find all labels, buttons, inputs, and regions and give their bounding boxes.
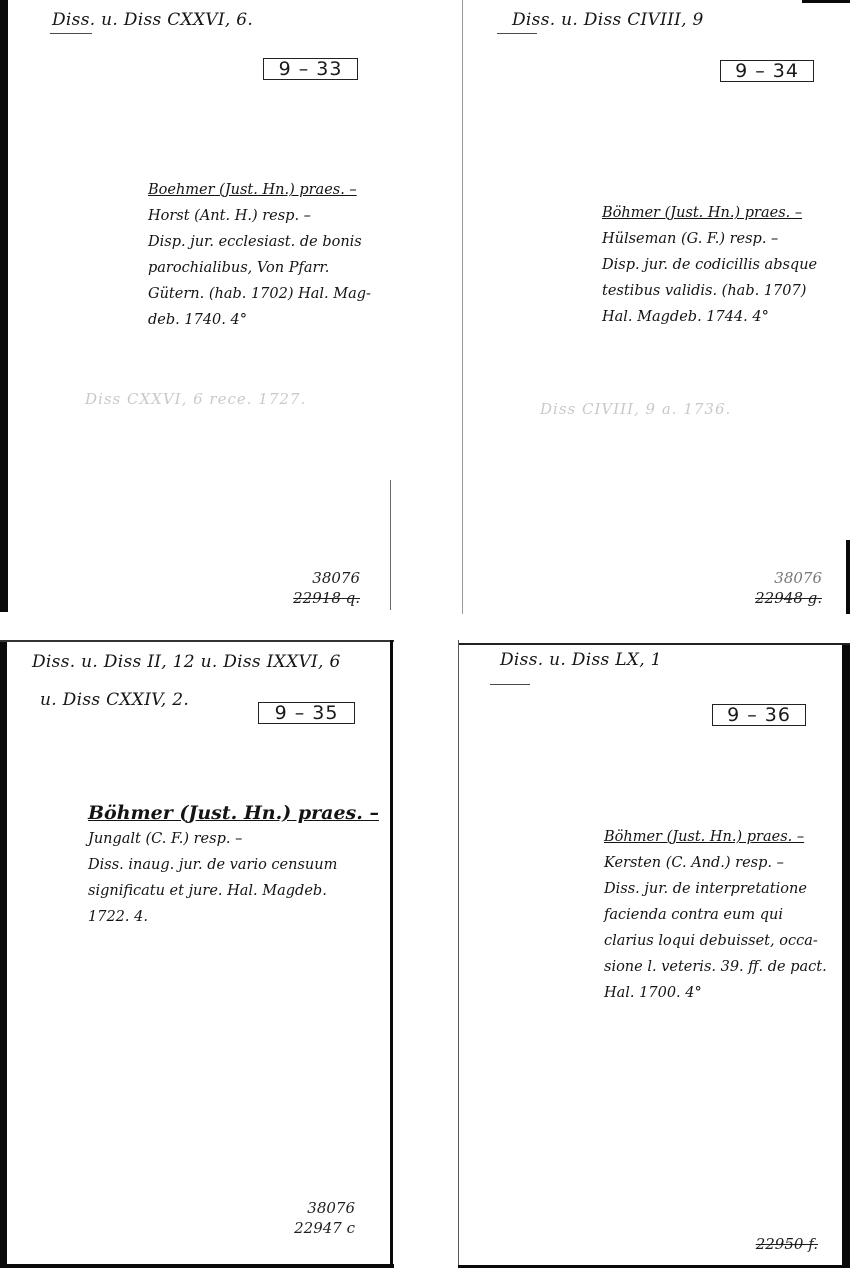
shelfmark: Diss. u. Diss LX, 1	[500, 650, 662, 670]
card-left-edge	[462, 0, 463, 614]
entry-line: Hal. Magdeb. 1744. 4°	[602, 304, 817, 330]
entry-line: Disp. jur. de codicillis absque	[602, 252, 817, 278]
shelfmark-underline	[490, 684, 530, 685]
entry-line: significatu et jure. Hal. Magdeb.	[88, 878, 379, 904]
accession-numbers: 22950 f.	[738, 1234, 818, 1254]
entry-line: Böhmer (Just. Hn.) praes. –	[88, 800, 379, 826]
call-number-box: 9 – 36	[712, 704, 806, 726]
accession-numbers: 38076 22948 g.	[742, 568, 822, 608]
accession-number: 38076	[742, 568, 822, 588]
card-right-edge	[842, 645, 850, 1268]
accession-number: 38076	[275, 1198, 355, 1218]
catalog-card-9-35: Diss. u. Diss II, 12 u. Diss IXXVI, 6 u.…	[0, 640, 394, 1268]
card-right-edge	[846, 540, 850, 614]
catalog-entry: Boehmer (Just. Hn.) praes. – Horst (Ant.…	[148, 177, 371, 333]
entry-line: Hal. 1700. 4°	[604, 980, 827, 1006]
entry-line: Böhmer (Just. Hn.) praes. –	[604, 824, 827, 850]
entry-line: 1722. 4.	[88, 904, 379, 930]
shelfmark: Diss. u. Diss CXXVI, 6.	[52, 10, 253, 30]
pencil-note: Diss CIVIII, 9 a. 1736.	[540, 400, 731, 418]
catalog-entry: Böhmer (Just. Hn.) praes. – Jungalt (C. …	[88, 800, 379, 930]
shelfmark-underline	[497, 33, 537, 34]
entry-line: Jungalt (C. F.) resp. –	[88, 826, 379, 852]
catalog-card-9-36: Diss. u. Diss LX, 1 9 – 36 Böhmer (Just.…	[458, 640, 850, 1268]
catalog-entry: Böhmer (Just. Hn.) praes. – Hülseman (G.…	[602, 200, 817, 330]
entry-line: Hülseman (G. F.) resp. –	[602, 226, 817, 252]
card-left-edge	[458, 640, 459, 1268]
shelfmark-line-1: Diss. u. Diss II, 12 u. Diss IXXVI, 6	[32, 652, 341, 672]
card-left-edge	[0, 0, 8, 612]
entry-line: Böhmer (Just. Hn.) praes. –	[602, 200, 817, 226]
card-right-edge	[390, 640, 393, 1268]
card-bottom-edge	[0, 1264, 394, 1268]
card-left-edge	[0, 640, 7, 1268]
call-number-box: 9 – 34	[720, 60, 814, 82]
card-top-right-edge	[802, 0, 850, 3]
pencil-note: Diss CXXVI, 6 rece. 1727.	[85, 390, 306, 408]
entry-line: parochialibus, Von Pfarr.	[148, 255, 371, 281]
catalog-entry: Böhmer (Just. Hn.) praes. – Kersten (C. …	[604, 824, 827, 1006]
old-accession-number: 22947 c	[275, 1218, 355, 1238]
entry-line: sione l. veteris. 39. ff. de pact.	[604, 954, 827, 980]
entry-line: Diss. jur. de interpretatione	[604, 876, 827, 902]
call-number-box: 9 – 33	[263, 58, 358, 80]
entry-line: clarius loqui debuisset, occa-	[604, 928, 827, 954]
card-right-edge	[390, 480, 391, 610]
entry-line: Gütern. (hab. 1702) Hal. Mag-	[148, 281, 371, 307]
accession-number: 38076	[290, 568, 360, 588]
shelfmark: Diss. u. Diss CIVIII, 9	[512, 10, 704, 30]
old-accession-number: 22950 f.	[738, 1234, 818, 1254]
shelfmark-underline	[50, 33, 92, 34]
call-number-box: 9 – 35	[258, 702, 355, 724]
catalog-card-9-33: Diss. u. Diss CXXVI, 6. 9 – 33 Boehmer (…	[0, 0, 400, 612]
catalog-card-9-34: Diss. u. Diss CIVIII, 9 9 – 34 Böhmer (J…	[462, 0, 850, 614]
entry-line: Disp. jur. ecclesiast. de bonis	[148, 229, 371, 255]
entry-line: Horst (Ant. H.) resp. –	[148, 203, 371, 229]
entry-line: Boehmer (Just. Hn.) praes. –	[148, 177, 371, 203]
accession-numbers: 38076 22918 q.	[290, 568, 360, 608]
entry-line: facienda contra eum qui	[604, 902, 827, 928]
accession-numbers: 38076 22947 c	[275, 1198, 355, 1238]
entry-line: deb. 1740. 4°	[148, 307, 371, 333]
card-top-edge	[458, 643, 850, 645]
entry-line: testibus validis. (hab. 1707)	[602, 278, 817, 304]
old-accession-number: 22948 g.	[742, 588, 822, 608]
entry-line: Diss. inaug. jur. de vario censuum	[88, 852, 379, 878]
old-accession-number: 22918 q.	[290, 588, 360, 608]
entry-line: Kersten (C. And.) resp. –	[604, 850, 827, 876]
shelfmark-line-2: u. Diss CXXIV, 2.	[40, 690, 189, 710]
card-top-edge	[0, 640, 394, 642]
